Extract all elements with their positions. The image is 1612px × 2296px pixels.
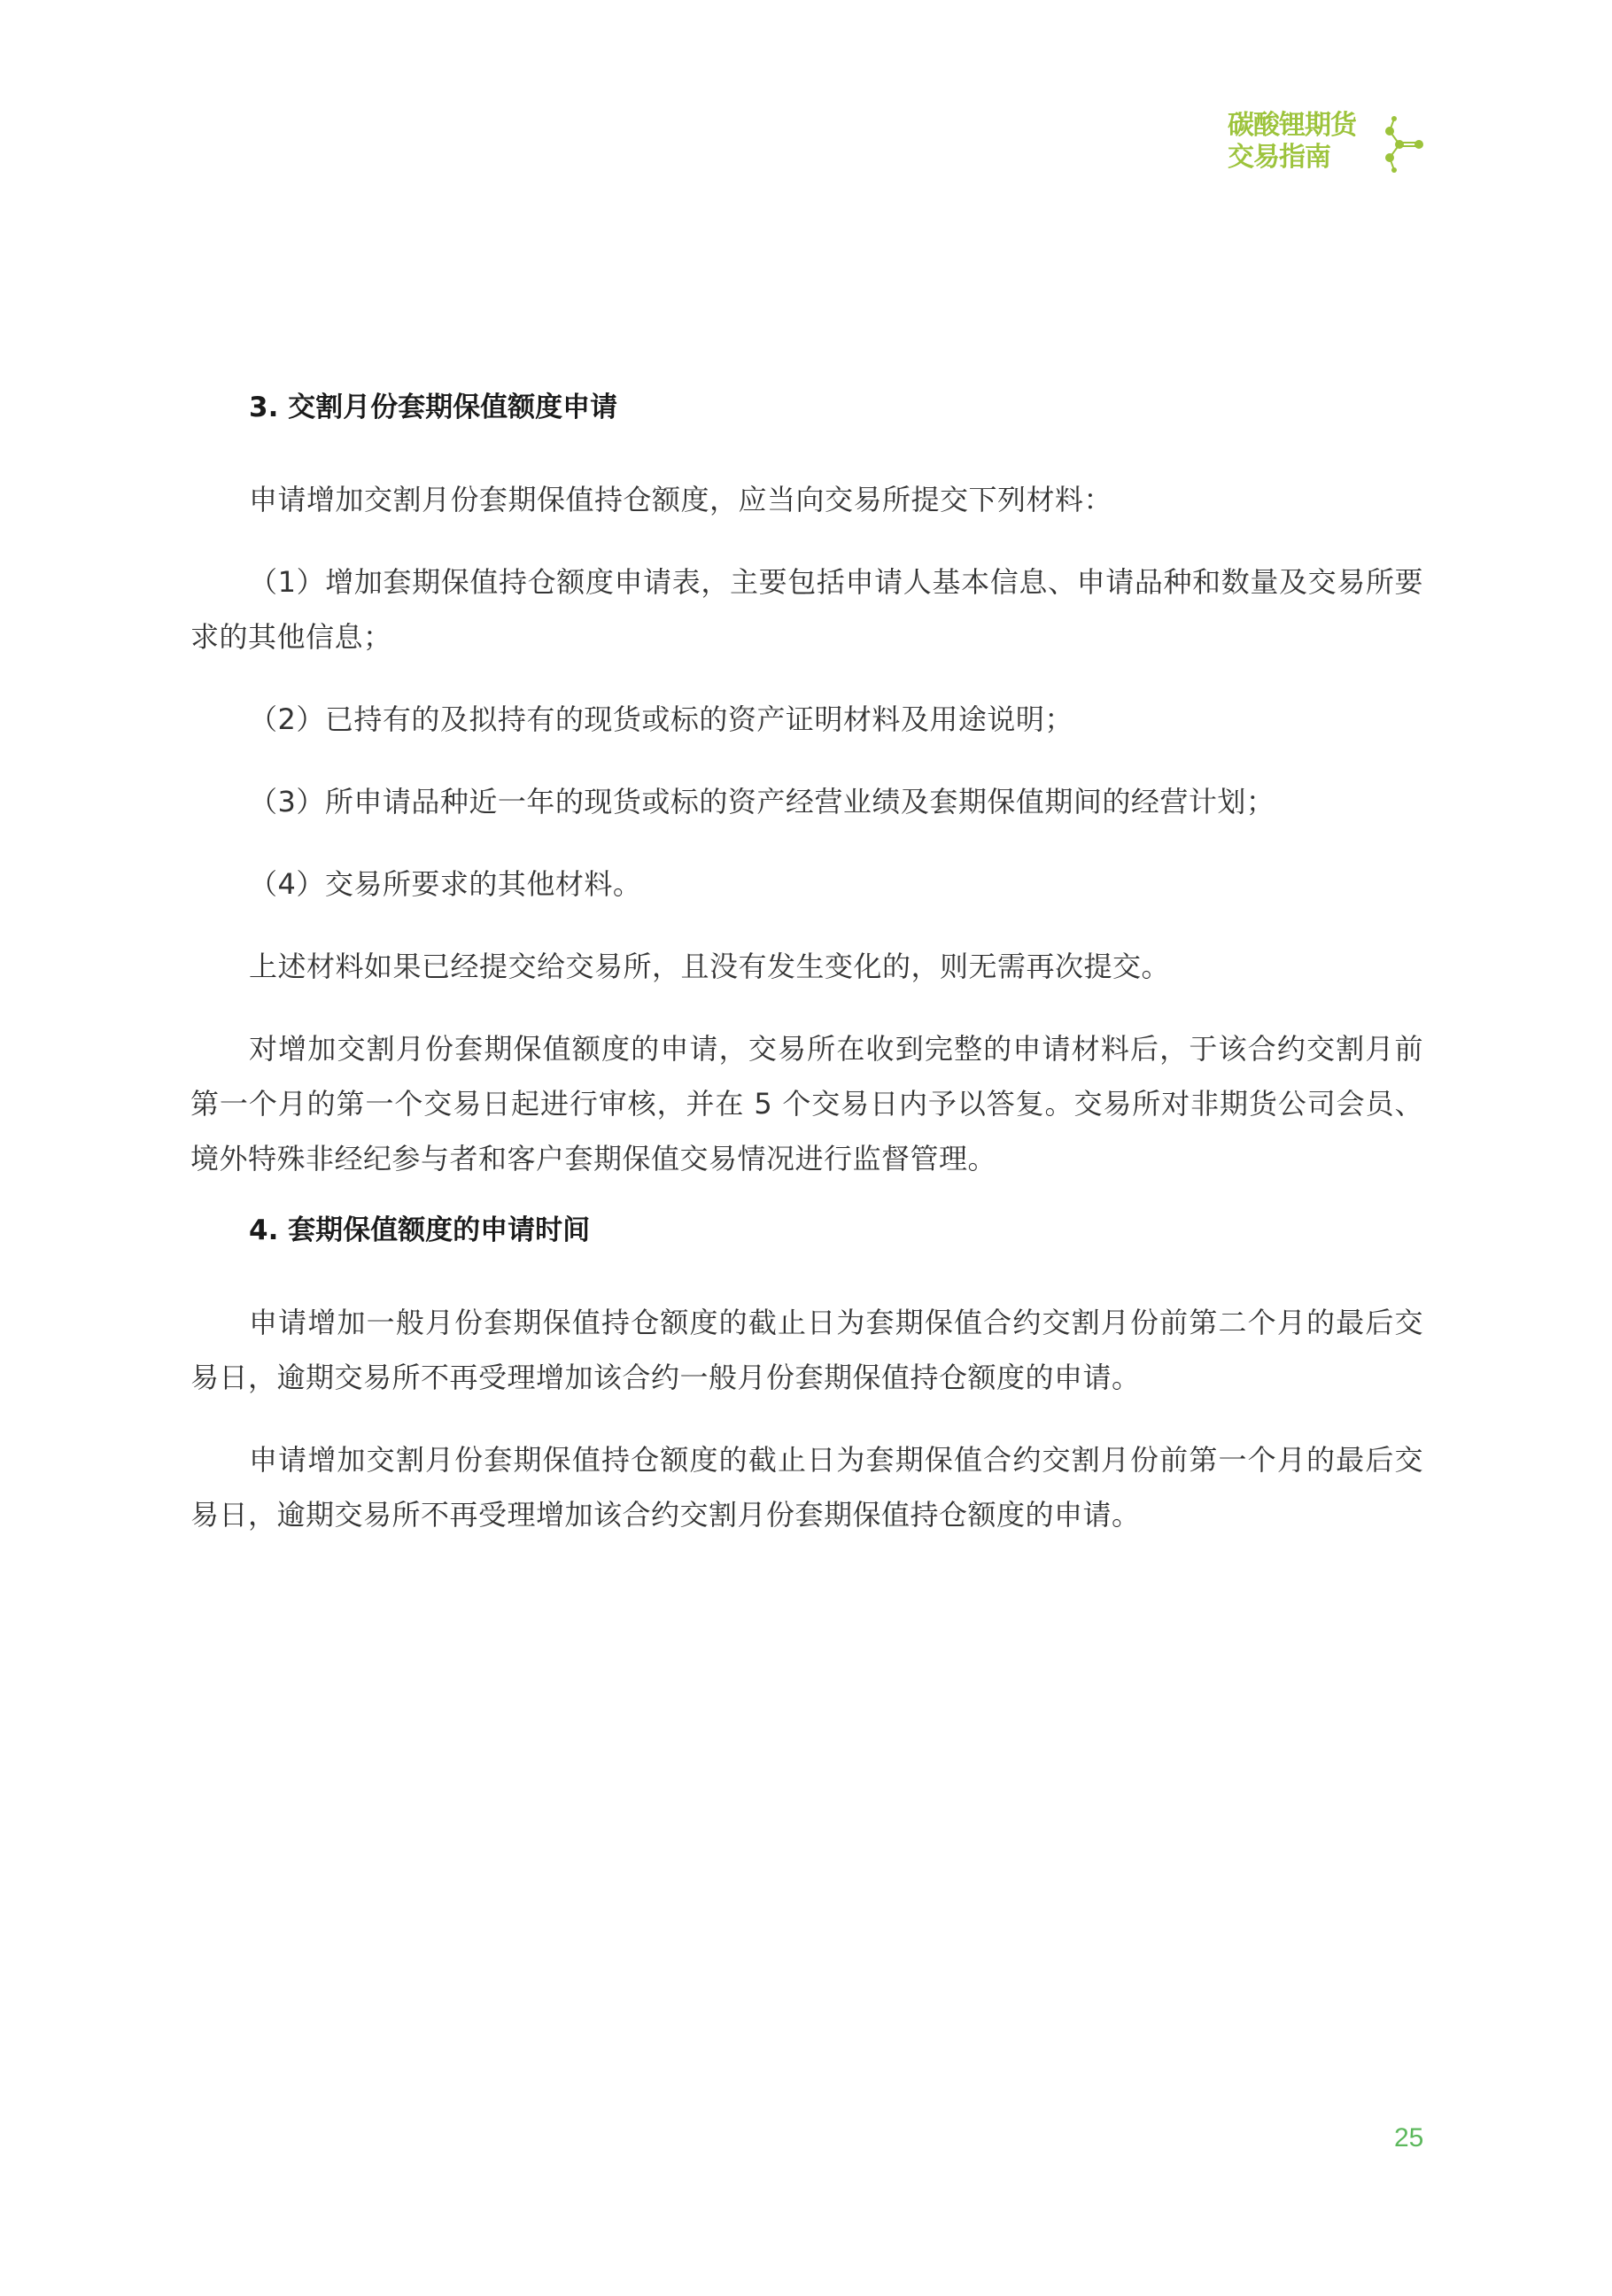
paragraph: 申请增加交割月份套期保值持仓额度，应当向交易所提交下列材料：	[190, 472, 1423, 527]
logo-title: 碳酸锂期货 交易指南	[1228, 110, 1356, 174]
paragraph: 申请增加交割月份套期保值持仓额度的截止日为套期保值合约交割月份前第一个月的最后交…	[190, 1432, 1423, 1542]
list-item-1: （1）增加套期保值持仓额度申请表，主要包括申请人基本信息、申请品种和数量及交易所…	[190, 555, 1423, 664]
logo-line-1: 碳酸锂期货	[1228, 110, 1356, 142]
section-heading-4: 4. 套期保值额度的申请时间	[190, 1210, 1423, 1251]
paragraph: 上述材料如果已经提交给交易所，且没有发生变化的，则无需再次提交。	[190, 939, 1423, 994]
paragraph: 对增加交割月份套期保值额度的申请，交易所在收到完整的申请材料后，于该合约交割月前…	[190, 1021, 1423, 1186]
page-number: 25	[1394, 2123, 1423, 2153]
page-content: 3. 交割月份套期保值额度申请 申请增加交割月份套期保值持仓额度，应当向交易所提…	[190, 387, 1423, 1570]
list-item-4: （4）交易所要求的其他材料。	[190, 857, 1423, 911]
list-item-3: （3）所申请品种近一年的现货或标的资产经营业绩及套期保值期间的经营计划；	[190, 774, 1423, 829]
paragraph: 申请增加一般月份套期保值持仓额度的截止日为套期保值合约交割月份前第二个月的最后交…	[190, 1295, 1423, 1405]
guide-logo: 碳酸锂期货 交易指南	[1228, 110, 1440, 177]
molecule-icon	[1385, 113, 1424, 175]
list-item-2: （2）已持有的及拟持有的现货或标的资产证明材料及用途说明；	[190, 692, 1423, 747]
section-heading-3: 3. 交割月份套期保值额度申请	[190, 387, 1423, 428]
logo-line-2: 交易指南	[1228, 142, 1356, 174]
